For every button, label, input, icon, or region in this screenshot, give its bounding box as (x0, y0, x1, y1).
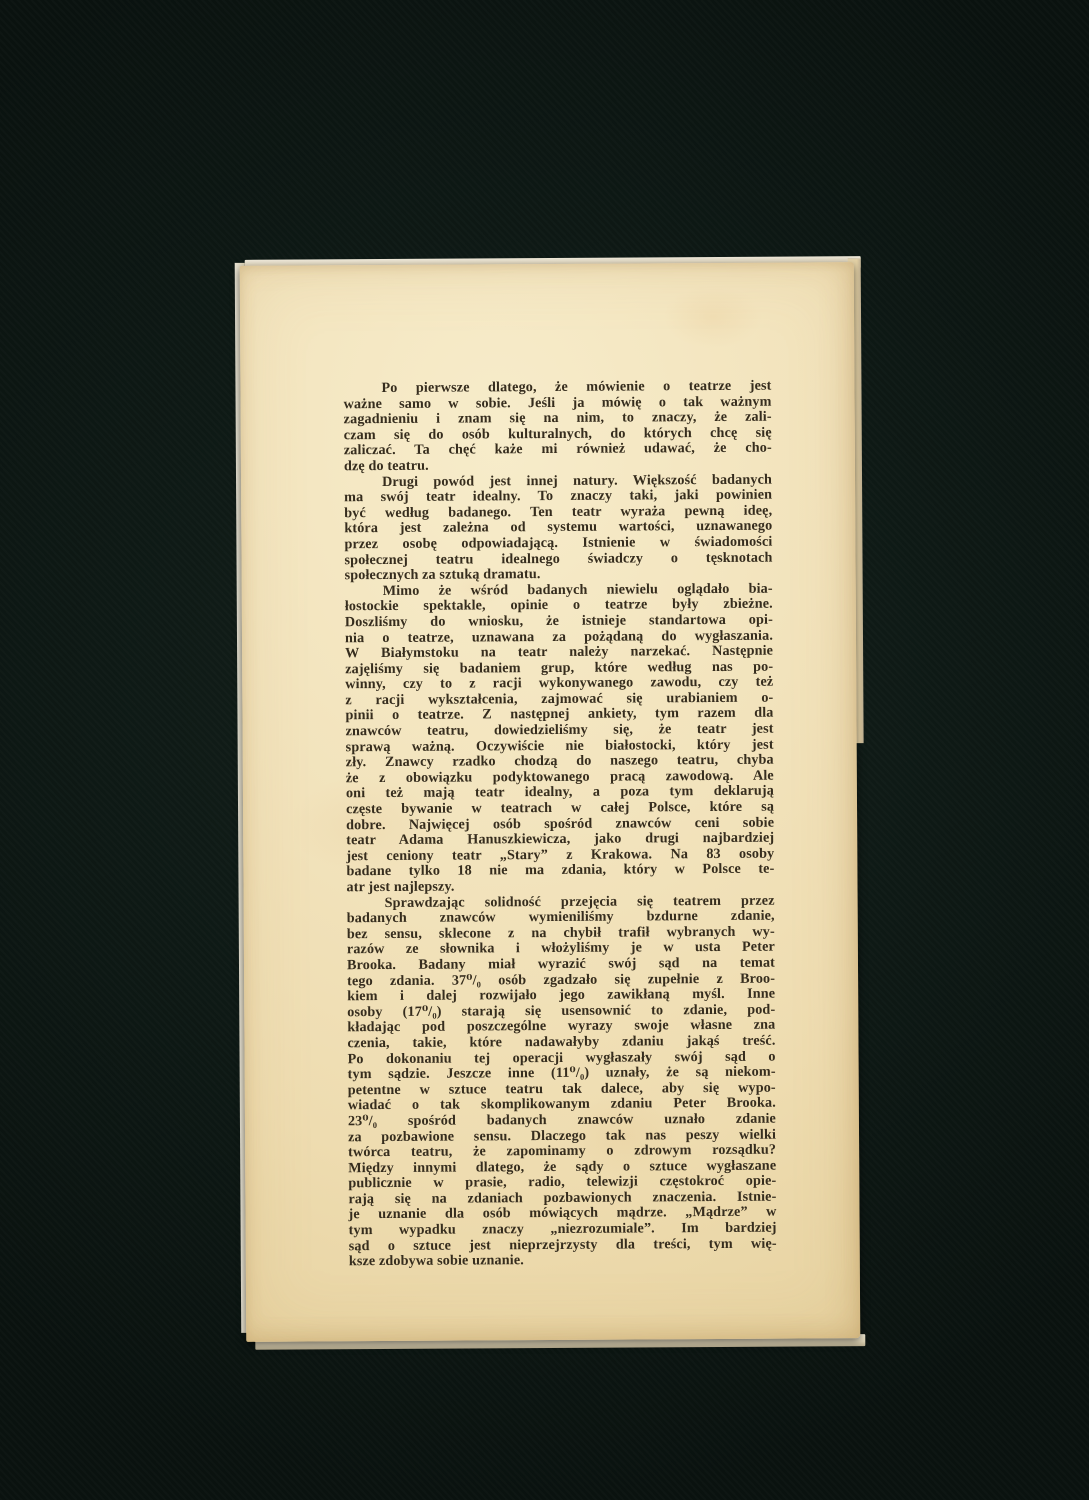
text-line: badane tylko 18 nie ma zdania, który w P… (346, 862, 774, 880)
book-page-stack: Po pierwsze dlatego, że mówienie o teatr… (240, 262, 861, 1342)
paragraph: Drugi powód jest innej natury. Większość… (344, 472, 773, 584)
text-line: ksze zdobywa sobie uznanie. (349, 1252, 777, 1270)
text-line: sąd o sztuce jest nieprzejrzysty dla tre… (349, 1236, 777, 1254)
page-text-block: Po pierwsze dlatego, że mówienie o teatr… (343, 379, 776, 1270)
text-line: zaliczać. Ta chęć każe mi również udawać… (344, 441, 772, 459)
paragraph: Po pierwsze dlatego, że mówienie o teatr… (343, 379, 772, 475)
book-page: Po pierwsze dlatego, że mówienie o teatr… (240, 262, 861, 1342)
paragraph: Mimo że wśród badanych niewielu oglądało… (345, 581, 775, 895)
paragraph: Sprawdzając solidność przejęcia się teat… (347, 893, 777, 1270)
text-line: społecznej teatru idealnego świadczy o t… (344, 550, 772, 568)
